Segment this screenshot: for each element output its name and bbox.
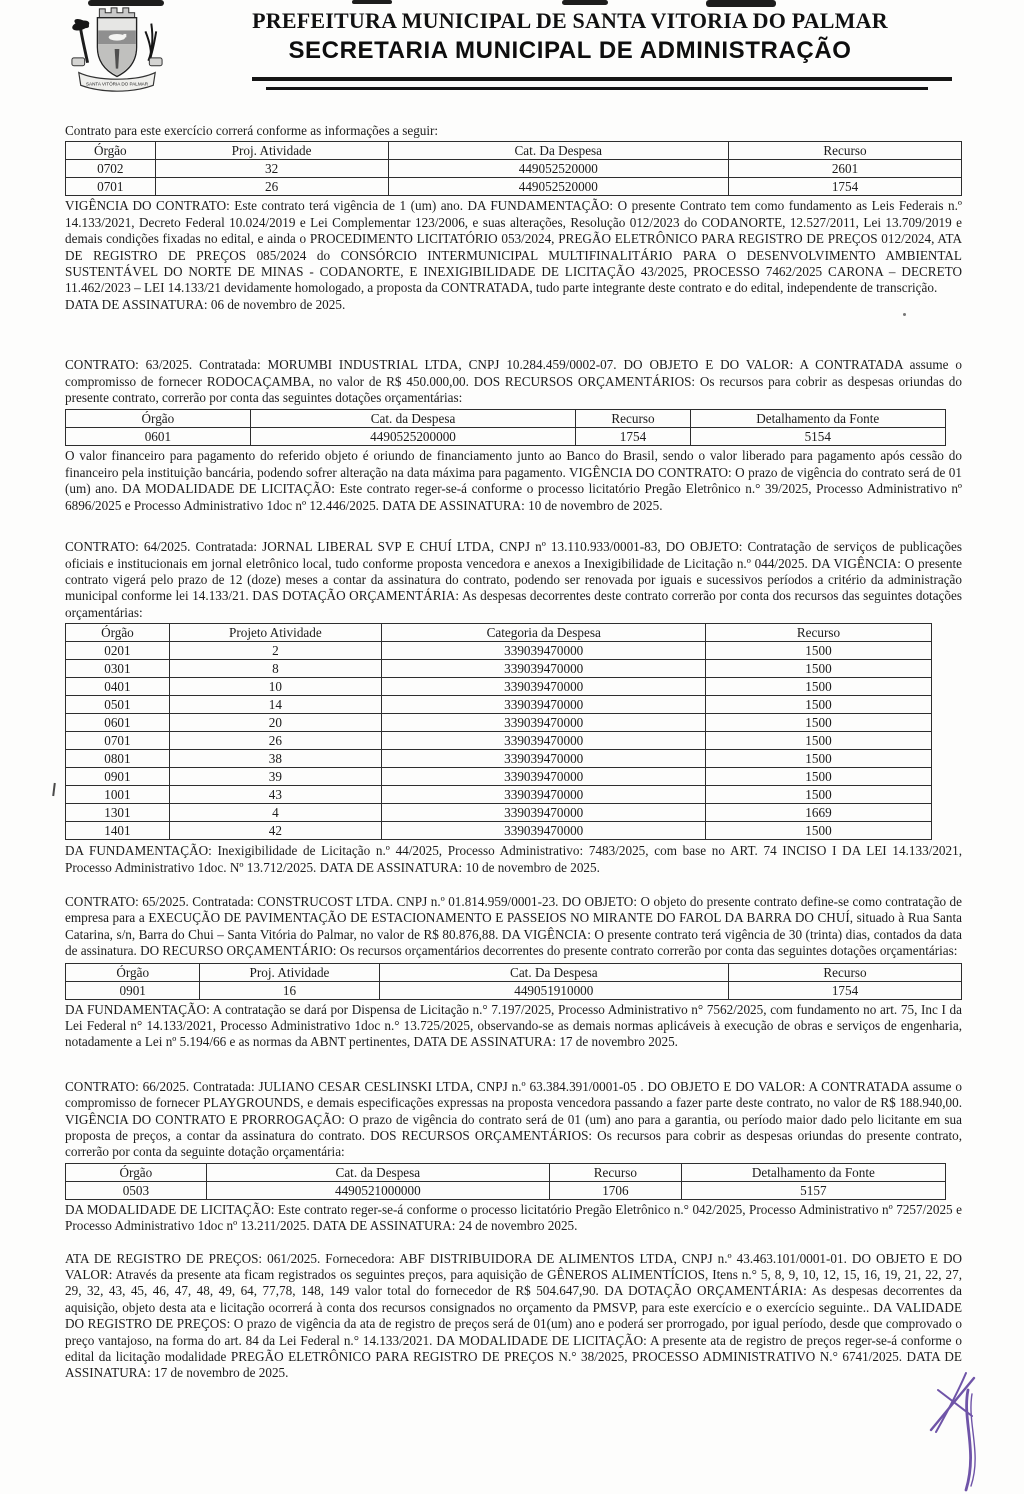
intro-lead-line: Contrato para este exercício correrá con…	[65, 123, 962, 139]
table-row: 0701 26 449052520000 1754	[66, 178, 962, 196]
col-header: Cat. Da Despesa	[388, 142, 728, 160]
cell: 1500	[706, 750, 931, 768]
col-header: Recurso	[576, 410, 690, 428]
cell: 449052520000	[388, 160, 728, 178]
cell: 449052520000	[388, 178, 728, 196]
cell: 0801	[66, 750, 170, 768]
table-row: 0702 32 449052520000 2601	[66, 160, 962, 178]
cell: 0301	[66, 660, 170, 678]
cell: 339039470000	[381, 750, 706, 768]
table-row: 0501 14 339039470000 1500	[66, 696, 932, 714]
cell: 0201	[66, 642, 170, 660]
table-row: 0201 2 339039470000 1500	[66, 642, 932, 660]
table-header-row: Órgão Proj. Atividade Cat. Da Despesa Re…	[66, 142, 962, 160]
col-header: Categoria da Despesa	[381, 624, 706, 642]
table-row: 0701 26 339039470000 1500	[66, 732, 932, 750]
cell: 339039470000	[381, 786, 706, 804]
contract-66-paragraph: CONTRATO: 66/2025. Contratada: JULIANO C…	[65, 1079, 962, 1161]
cell: 1401	[66, 822, 170, 840]
cell: 1500	[706, 714, 931, 732]
table-row: 0301 8 339039470000 1500	[66, 660, 932, 678]
col-header: Recurso	[549, 1163, 681, 1181]
col-header: Cat. da Despesa	[206, 1163, 549, 1181]
contract-63-paragraph: CONTRATO: 63/2025. Contratada: MORUMBI I…	[65, 357, 962, 406]
table-row: 0601 4490525200000 1754 5154	[66, 428, 946, 446]
ribbon-text: SANTA VITÓRIA DO PALMAR	[86, 80, 149, 86]
cell: 43	[169, 786, 381, 804]
cell: 5154	[690, 428, 945, 446]
cell: 1500	[706, 768, 931, 786]
cell: 16	[200, 981, 379, 999]
col-header: Recurso	[706, 624, 931, 642]
cell: 449051910000	[379, 981, 728, 999]
cell: 0601	[66, 714, 170, 732]
cell: 1001	[66, 786, 170, 804]
col-header: Recurso	[729, 963, 962, 981]
table-row: 0503 4490521000000 1706 5157	[66, 1181, 946, 1199]
table-row: 1401 42 339039470000 1500	[66, 822, 932, 840]
col-header: Órgão	[66, 142, 156, 160]
contract-65-paragraph: CONTRATO: 65/2025. Contratada: CONSTRUCO…	[65, 894, 962, 960]
cell: 1500	[706, 822, 931, 840]
cell: 39	[169, 768, 381, 786]
scan-artifact-dot	[903, 313, 906, 316]
contract-63-table: Órgão Cat. da Despesa Recurso Detalhamen…	[65, 409, 946, 446]
cell: 339039470000	[381, 642, 706, 660]
header-rule-bottom	[266, 87, 928, 90]
cattle-icon	[109, 34, 126, 41]
cell: 26	[169, 732, 381, 750]
cell: 0501	[66, 696, 170, 714]
cell: 339039470000	[381, 660, 706, 678]
pen-signature-mark	[916, 1368, 1006, 1493]
cell: 1500	[706, 660, 931, 678]
cell: 1500	[706, 786, 931, 804]
col-header: Cat. Da Despesa	[379, 963, 728, 981]
cell: 1500	[706, 678, 931, 696]
cattle-head	[123, 34, 126, 37]
col-header: Órgão	[66, 410, 251, 428]
table-header-row: Órgão Cat. da Despesa Recurso Detalhamen…	[66, 1163, 946, 1181]
header-rule-top	[252, 77, 952, 81]
cell: 5157	[681, 1181, 945, 1199]
table-header-row: Órgão Cat. da Despesa Recurso Detalhamen…	[66, 410, 946, 428]
col-header: Projeto Atividade	[169, 624, 381, 642]
cell: 0701	[66, 178, 156, 196]
ata-registro-precos-paragraph: ATA DE REGISTRO DE PREÇOS: 061/2025. For…	[65, 1251, 962, 1382]
table-row: 1001 43 339039470000 1500	[66, 786, 932, 804]
cell: 4	[169, 804, 381, 822]
table-row: 0601 20 339039470000 1500	[66, 714, 932, 732]
contract-64-table: Órgão Projeto Atividade Categoria da Des…	[65, 623, 932, 840]
col-header: Órgão	[66, 1163, 207, 1181]
col-header: Proj. Atividade	[200, 963, 379, 981]
cell: 0503	[66, 1181, 207, 1199]
col-header: Cat. da Despesa	[250, 410, 576, 428]
letterhead: SANTA VITÓRIA DO PALMAR PREFEITURA MUNIC…	[0, 0, 1024, 102]
contract-63-after-paragraph: O valor financeiro para pagamento do ref…	[65, 448, 962, 514]
cell: 1500	[706, 732, 931, 750]
table-header-row: Órgão Projeto Atividade Categoria da Des…	[66, 624, 932, 642]
department-title: SECRETARIA MUNICIPAL DE ADMINISTRAÇÃO	[205, 37, 935, 65]
cell: 339039470000	[381, 768, 706, 786]
col-header: Detalhamento da Fonte	[690, 410, 945, 428]
cell: 0901	[66, 768, 170, 786]
cell: 1706	[549, 1181, 681, 1199]
cell: 339039470000	[381, 804, 706, 822]
cell: 4490525200000	[250, 428, 576, 446]
cell: 0601	[66, 428, 251, 446]
cell: 0702	[66, 160, 156, 178]
cell: 1500	[706, 642, 931, 660]
cell: 1754	[576, 428, 690, 446]
cell: 339039470000	[381, 732, 706, 750]
scroll-right	[149, 58, 162, 66]
plant-icon	[145, 24, 156, 61]
table-row: 0901 16 449051910000 1754	[66, 981, 962, 999]
table-header-row: Órgão Proj. Atividade Cat. Da Despesa Re…	[66, 963, 962, 981]
scroll-left	[72, 58, 85, 66]
cell: 4490521000000	[206, 1181, 549, 1199]
coat-of-arms-logo: SANTA VITÓRIA DO PALMAR	[68, 2, 166, 100]
intro-paragraph: VIGÊNCIA DO CONTRATO: Este contrato terá…	[65, 198, 962, 296]
document-page: SANTA VITÓRIA DO PALMAR PREFEITURA MUNIC…	[0, 0, 1024, 1494]
palm-tree-icon	[71, 17, 91, 63]
cell: 2	[169, 642, 381, 660]
col-header: Recurso	[729, 142, 962, 160]
cell: 2601	[729, 160, 962, 178]
cell: 1301	[66, 804, 170, 822]
contract-65-after-paragraph: DA FUNDAMENTAÇÃO: A contratação se dará …	[65, 1002, 962, 1051]
table-row: 1301 4 339039470000 1669	[66, 804, 932, 822]
contract-65-table: Órgão Proj. Atividade Cat. Da Despesa Re…	[65, 963, 962, 1000]
cell: 1754	[729, 981, 962, 999]
cell: 38	[169, 750, 381, 768]
cell: 339039470000	[381, 678, 706, 696]
cell: 0901	[66, 981, 200, 999]
table-row: 0801 38 339039470000 1500	[66, 750, 932, 768]
municipality-title: PREFEITURA MUNICIPAL DE SANTA VITORIA DO…	[205, 8, 935, 34]
contract-66-after-paragraph: DA MODALIDADE DE LICITAÇÃO: Este contrat…	[65, 1202, 962, 1235]
cell: 42	[169, 822, 381, 840]
document-body: Contrato para este exercício correrá con…	[0, 123, 1024, 1382]
cell: 10	[169, 678, 381, 696]
col-header: Proj. Atividade	[155, 142, 388, 160]
cell: 1754	[729, 178, 962, 196]
cell: 339039470000	[381, 696, 706, 714]
contract-66-table: Órgão Cat. da Despesa Recurso Detalhamen…	[65, 1163, 946, 1200]
cell: 14	[169, 696, 381, 714]
col-header: Órgão	[66, 963, 200, 981]
cell: 0701	[66, 732, 170, 750]
cell: 26	[155, 178, 388, 196]
cell: 8	[169, 660, 381, 678]
cell: 339039470000	[381, 714, 706, 732]
cell: 1500	[706, 696, 931, 714]
table-row: 0901 39 339039470000 1500	[66, 768, 932, 786]
col-header: Órgão	[66, 624, 170, 642]
cell: 339039470000	[381, 822, 706, 840]
intro-signature-date: DATA DE ASSINATURA: 06 de novembro de 20…	[65, 297, 962, 313]
table-row: 0401 10 339039470000 1500	[66, 678, 932, 696]
contract-64-after-paragraph: DA FUNDAMENTAÇÃO: Inexigibilidade de Lic…	[65, 843, 962, 876]
intro-budget-table: Órgão Proj. Atividade Cat. Da Despesa Re…	[65, 141, 962, 196]
cell: 1669	[706, 804, 931, 822]
contract-64-paragraph: CONTRATO: 64/2025. Contratada: JORNAL LI…	[65, 539, 962, 621]
col-header: Detalhamento da Fonte	[681, 1163, 945, 1181]
cell: 0401	[66, 678, 170, 696]
crown-icon	[99, 8, 134, 18]
cell: 20	[169, 714, 381, 732]
cell: 32	[155, 160, 388, 178]
